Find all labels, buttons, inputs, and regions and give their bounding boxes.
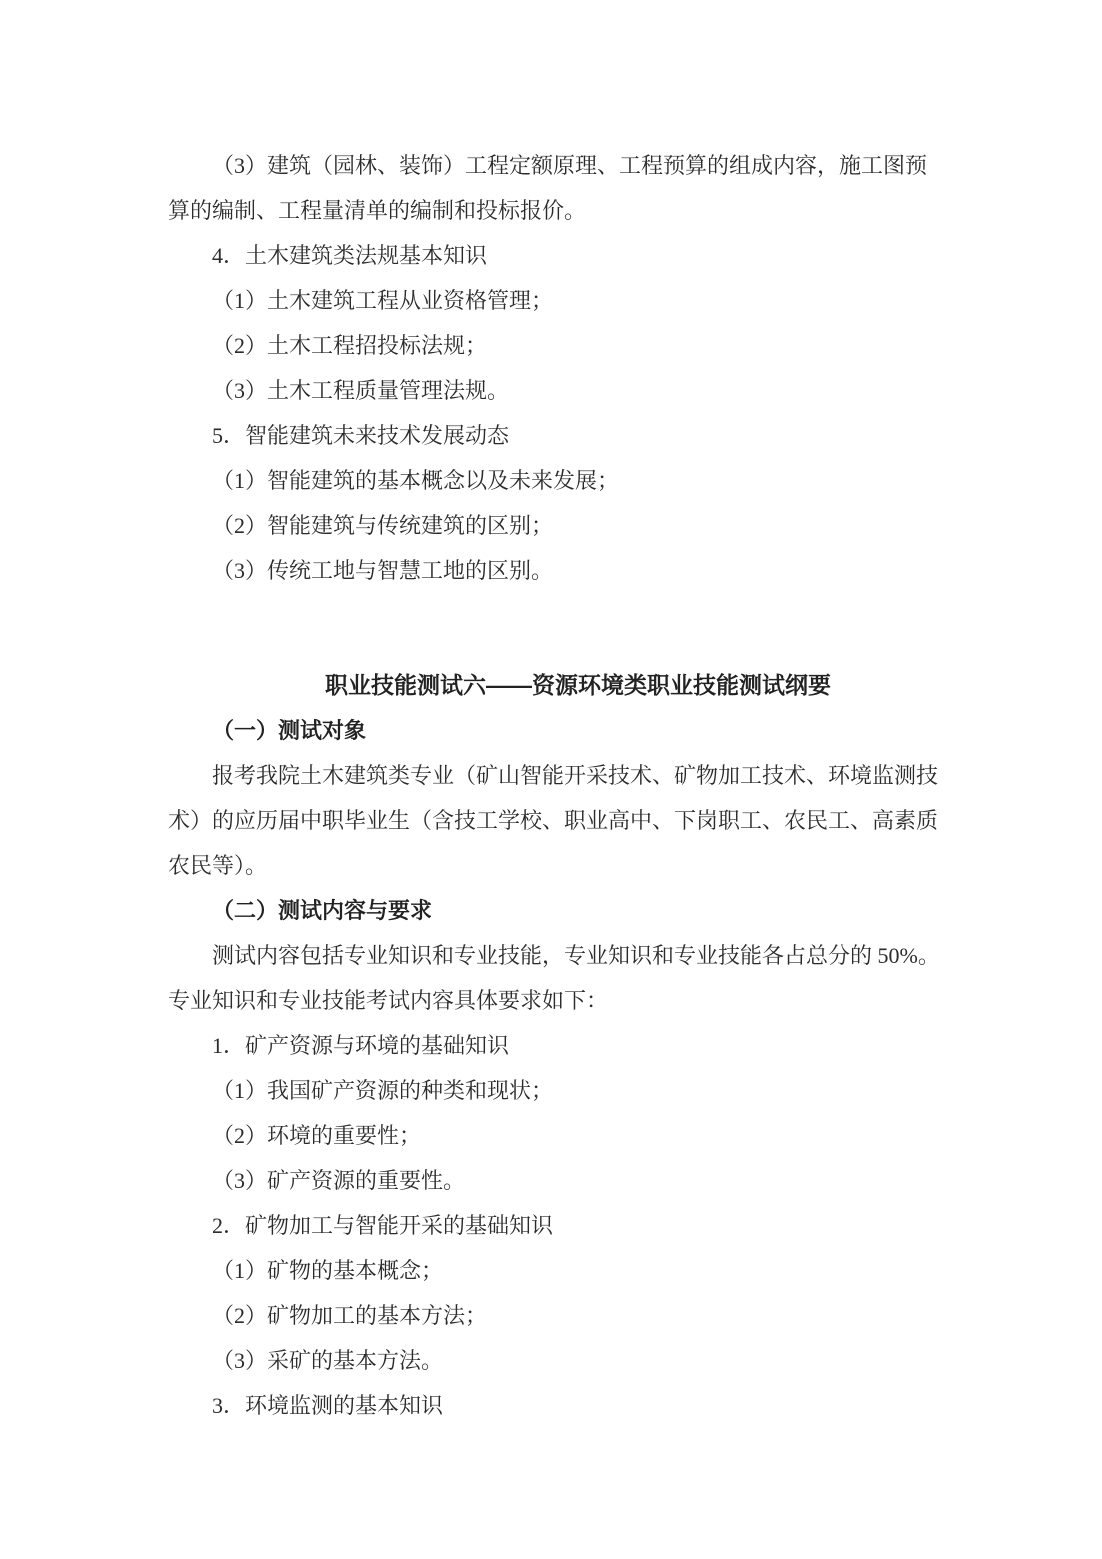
- doc-list-item: （2）环境的重要性；: [168, 1113, 940, 1158]
- doc-list-item: （3）矿产资源的重要性。: [168, 1158, 940, 1203]
- doc-list-item: 1．矿产资源与环境的基础知识: [168, 1023, 940, 1068]
- doc-list-item: 5．智能建筑未来技术发展动态: [168, 413, 940, 458]
- doc-list-item: （1）土木建筑工程从业资格管理；: [168, 278, 940, 323]
- doc-list-item: （1）智能建筑的基本概念以及未来发展；: [168, 458, 940, 503]
- doc-para-cont: 术）的应历届中职毕业生（含技工学校、职业高中、下岗职工、农民工、高素质: [168, 798, 940, 843]
- doc-list-item: （1）我国矿产资源的种类和现状；: [168, 1068, 940, 1113]
- doc-para-cont: 专业知识和专业技能考试内容具体要求如下：: [168, 978, 940, 1023]
- doc-list-item: （3）传统工地与智慧工地的区别。: [168, 548, 940, 593]
- doc-subhead: （一）测试对象: [168, 708, 940, 753]
- doc-list-item: （1）矿物的基本概念；: [168, 1248, 940, 1293]
- document-page: （3）建筑（园林、装饰）工程定额原理、工程预算的组成内容，施工图预 算的编制、工…: [0, 0, 1102, 1559]
- doc-para-cont: 算的编制、工程量清单的编制和投标报价。: [168, 188, 940, 233]
- doc-para-first: 测试内容包括专业知识和专业技能，专业知识和专业技能各占总分的 50%。: [168, 933, 940, 978]
- doc-list-item: （2）矿物加工的基本方法；: [168, 1293, 940, 1338]
- doc-list-item: （3）采矿的基本方法。: [168, 1338, 940, 1383]
- doc-spacer: [168, 593, 940, 663]
- doc-list-item: （3）土木工程质量管理法规。: [168, 368, 940, 413]
- doc-list-item: 2．矿物加工与智能开采的基础知识: [168, 1203, 940, 1248]
- doc-para-cont: 农民等）。: [168, 843, 940, 888]
- doc-subhead: （二）测试内容与要求: [168, 888, 940, 933]
- doc-list-item: 4．土木建筑类法规基本知识: [168, 233, 940, 278]
- doc-list-item: （2）土木工程招投标法规；: [168, 323, 940, 368]
- doc-list-item: 3．环境监测的基本知识: [168, 1383, 940, 1428]
- document-body: （3）建筑（园林、装饰）工程定额原理、工程预算的组成内容，施工图预 算的编制、工…: [168, 143, 940, 1428]
- doc-para-first: （3）建筑（园林、装饰）工程定额原理、工程预算的组成内容，施工图预: [168, 143, 940, 188]
- doc-para-first: 报考我院土木建筑类专业（矿山智能开采技术、矿物加工技术、环境监测技: [168, 753, 940, 798]
- doc-heading: 职业技能测试六——资源环境类职业技能测试纲要: [192, 663, 964, 708]
- doc-list-item: （2）智能建筑与传统建筑的区别；: [168, 503, 940, 548]
